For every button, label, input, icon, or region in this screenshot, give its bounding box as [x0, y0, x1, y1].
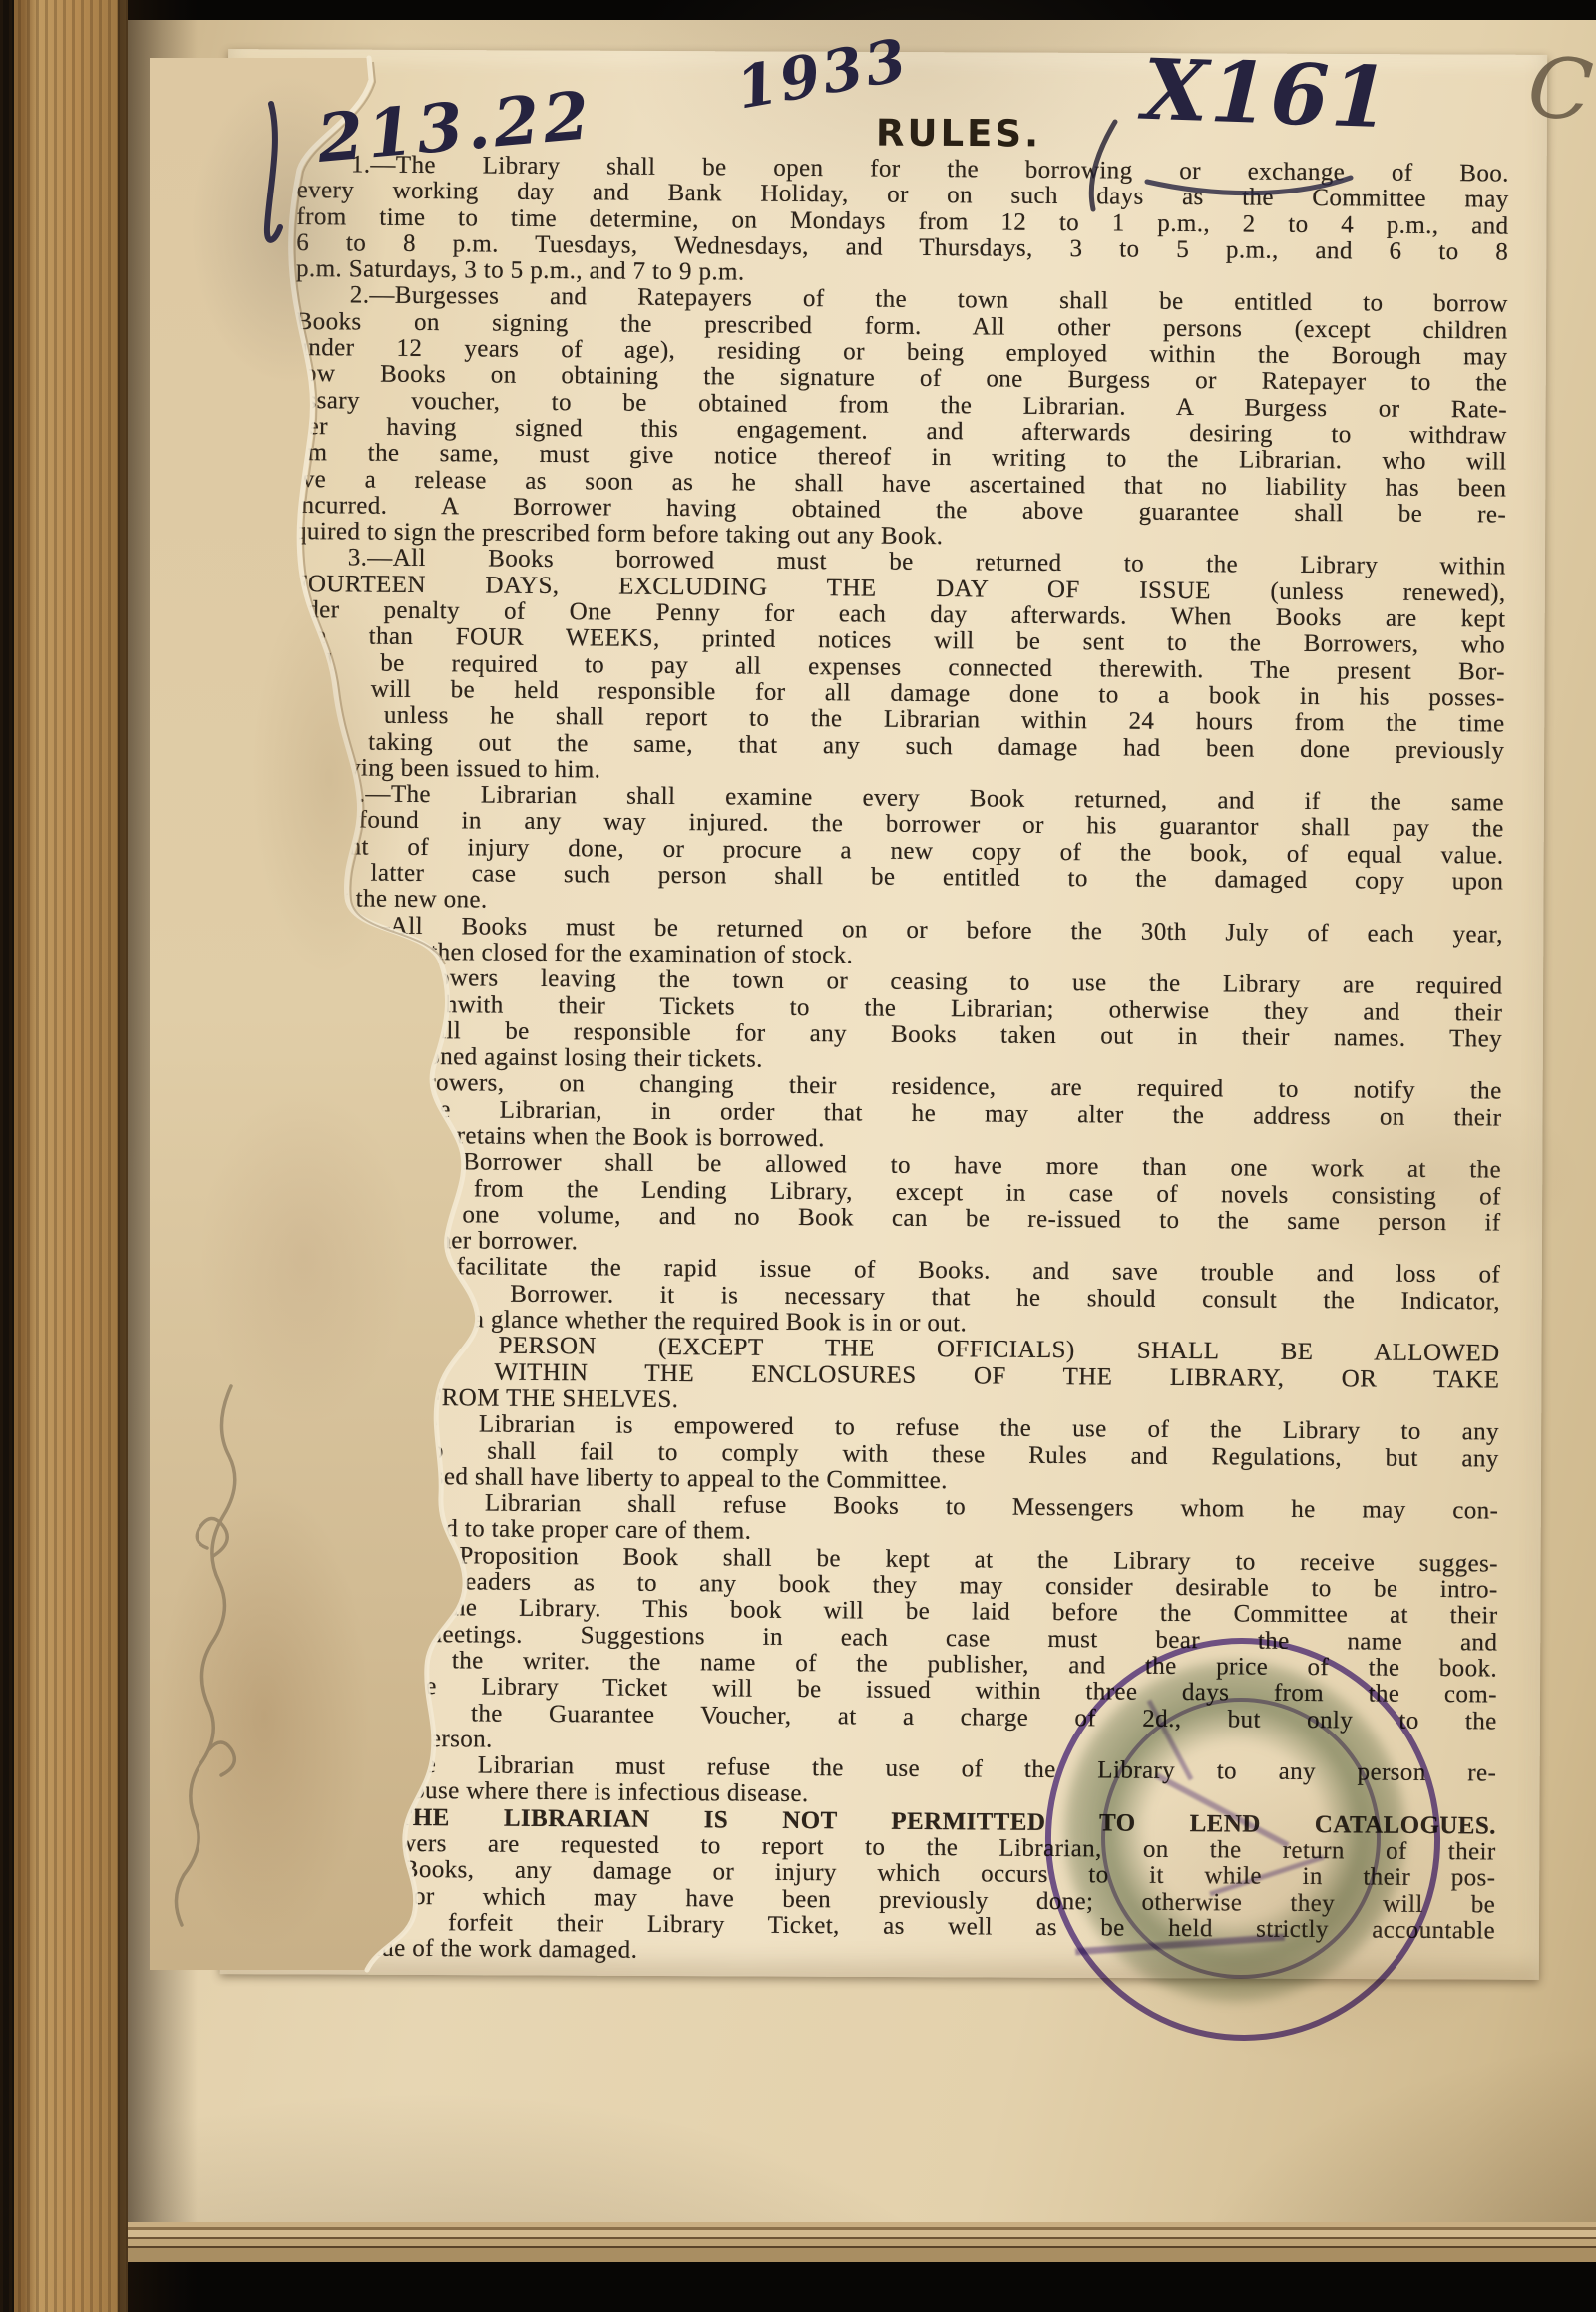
handwritten-shelfmark: X161 — [1141, 40, 1393, 148]
rules-heading: RULES. — [876, 112, 1041, 156]
page-bottom-edges — [128, 2222, 1596, 2262]
book-cover-edge — [0, 0, 128, 2312]
photo-of-book-page: RULES. 1.—The Library shall be open for … — [0, 0, 1596, 2312]
handwritten-corner-letter: C — [1524, 37, 1596, 140]
gutter-shadow — [118, 0, 198, 2312]
rules-text: 1.—The Library shall be open for the bor… — [283, 152, 1509, 1971]
